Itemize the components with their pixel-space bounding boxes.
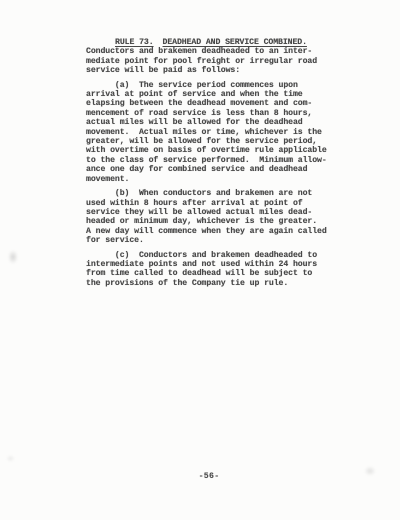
scanned-document-page: RULE 73.DEADHEAD AND SERVICE COMBINED. C…	[0, 0, 400, 520]
document-text-block: RULE 73.DEADHEAD AND SERVICE COMBINED. C…	[86, 38, 362, 288]
scan-smudge-left-margin	[8, 250, 18, 264]
paragraph-a: (a) The service period commences upon ar…	[86, 81, 362, 184]
rule-heading: RULE 73.DEADHEAD AND SERVICE COMBINED.	[86, 38, 362, 47]
paragraph-b: (b) When conductors and brakemen are not…	[86, 189, 362, 245]
rule-heading-title: DEADHEAD AND SERVICE COMBINED.	[163, 38, 307, 47]
page-number: -56-	[0, 472, 400, 481]
rule-heading-number: RULE 73.	[115, 38, 154, 47]
paragraph-c: (c) Conductors and brakemen deadheaded t…	[86, 251, 362, 289]
intro-paragraph: Conductors and brakemen deadheaded to an…	[86, 47, 362, 75]
scan-speck-bottom-left	[6, 455, 15, 462]
